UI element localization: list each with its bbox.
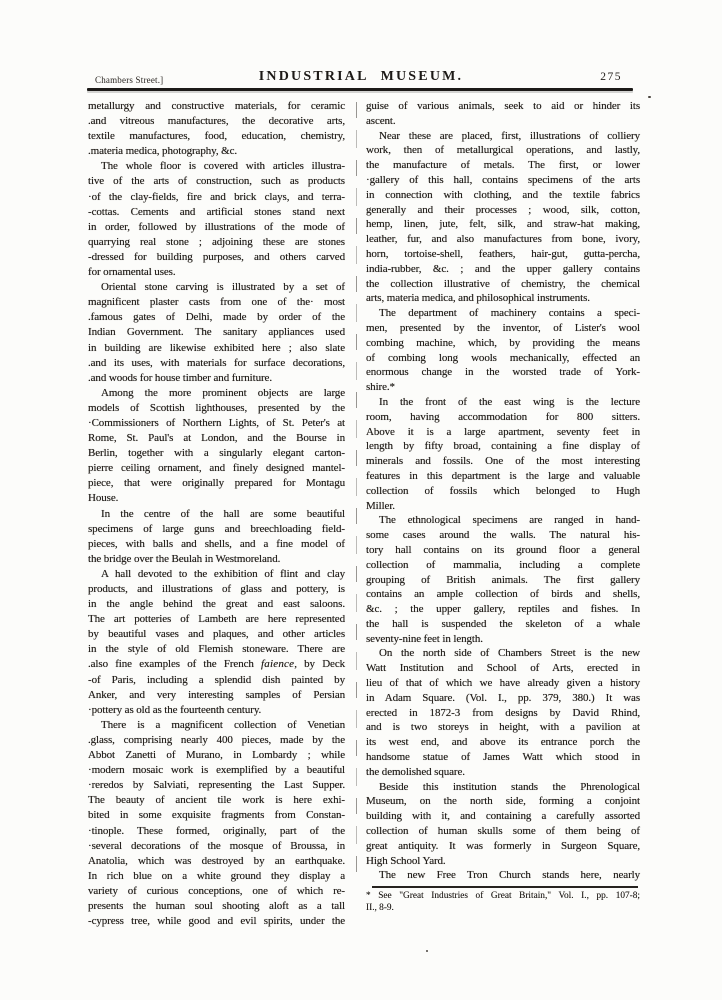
text-line: the demolished square.: [366, 765, 640, 780]
text-line: ascent.: [366, 114, 640, 129]
text-line: the collection illustrative of chemistry…: [366, 277, 640, 292]
text-line: quarrying real stone ; adjoining these a…: [88, 235, 345, 250]
text-line: Beside this institution stands the Phren…: [366, 780, 640, 795]
text-line: &c. ; the upper gallery, reptiles and fi…: [366, 602, 640, 617]
text-line: ·reredos by Salviati, representing the L…: [88, 778, 345, 793]
text-line: men, presented by the inventor, of Liste…: [366, 321, 640, 336]
text-line: in the style of old Flemish stoneware. T…: [88, 642, 345, 657]
text-line: products, and illustrations of glass and…: [88, 582, 345, 597]
text-line: horn, tortoise-shell, feathers, hair-gut…: [366, 247, 640, 262]
text-line: II., 8-9.: [366, 903, 640, 915]
text-line: In the centre of the hall are some beaut…: [88, 507, 345, 522]
column-left: metallurgy and constructive materials, f…: [88, 99, 345, 929]
text-line: .materia medica, photography, &c.: [88, 144, 345, 159]
text-line: High School Yard.: [366, 854, 640, 869]
text-line: enormous change in the worsted trade of …: [366, 365, 640, 380]
text-line: by beautiful vases and plaques, and othe…: [88, 627, 345, 642]
text-line: room, having accommodation for 800 sitte…: [366, 410, 640, 425]
text-line: The whole floor is covered with articles…: [88, 159, 345, 174]
text-line: collection of fossils which belonged to …: [366, 484, 640, 499]
text-line: ·Commissioners of Northern Lights, of St…: [88, 416, 345, 431]
text-line: in order, followed by illustrations of t…: [88, 220, 345, 235]
text-line: handsome statue of James Watt which stoo…: [366, 750, 640, 765]
text-line: Among the more prominent objects are lar…: [88, 386, 345, 401]
text-line: presents the human soul shooting aloft a…: [88, 899, 345, 914]
text-line: grouping of British animals. The first g…: [366, 573, 640, 588]
text-line: Berlin, together with a singularly elega…: [88, 446, 345, 461]
text-line: .and vitreous manufactures, the decorati…: [88, 114, 345, 129]
text-line: the hall is suspended the skeleton of a …: [366, 617, 640, 632]
text-line: its west end, and above its entrance por…: [366, 735, 640, 750]
text-line: pierre ceiling ornament, and finely desi…: [88, 461, 345, 476]
text-line: of combing long wools mechanically, effe…: [366, 351, 640, 366]
text-line: building with it, and containing a caref…: [366, 809, 640, 824]
text-line: textile manufactures, food, education, c…: [88, 129, 345, 144]
text-line: piece, that were originally prepared for…: [88, 476, 345, 491]
text-line: In rich blue on a white ground they disp…: [88, 869, 345, 884]
text-line: In the front of the east wing is the lec…: [366, 395, 640, 410]
text-line: shire.*: [366, 380, 640, 395]
text-line: in the angle behind the great and east s…: [88, 597, 345, 612]
text-line: .also fine examples of the French faienc…: [88, 657, 345, 672]
text-line: the bridge over the Beulah in Westmorela…: [88, 552, 345, 567]
text-line: .glass, comprising nearly 400 pieces, ma…: [88, 733, 345, 748]
text-line: combing machine, which, by providing the…: [366, 336, 640, 351]
text-line: in connection with clothing, and the tex…: [366, 188, 640, 203]
text-line: A hall devoted to the exhibition of flin…: [88, 567, 345, 582]
text-line: House.: [88, 491, 345, 506]
text-line: length by fifty broad, containing a fine…: [366, 439, 640, 454]
text-line: The ethnological specimens are ranged in…: [366, 513, 640, 528]
column-divider: [356, 102, 357, 882]
text-line: hemp, linen, jute, felt, silk, and straw…: [366, 217, 640, 232]
running-head: Chambers Street.]: [95, 75, 163, 85]
text-line: Abbot Zanetti of Murano, in Lombardy ; w…: [88, 748, 345, 763]
text-line: collection of human skulls some of them …: [366, 824, 640, 839]
header-rule: [87, 88, 633, 91]
text-line: .famous gates of Delhi, made by order of…: [88, 310, 345, 325]
text-line: .and its uses, with materials for surfac…: [88, 356, 345, 371]
text-line: -cypress tree, while good and evil spiri…: [88, 914, 345, 929]
text-line: generally and their processes ; wood, si…: [366, 203, 640, 218]
text-line: Indian Government. The sanitary applianc…: [88, 325, 345, 340]
text-line: and is two storeys in height, with a pav…: [366, 720, 640, 735]
text-line: bited in some exquisite fragments from C…: [88, 808, 345, 823]
text-line: -of Paris, including a splendid dish pai…: [88, 673, 345, 688]
scan-artifact-dot: [426, 950, 428, 952]
text-line: The new Free Tron Church stands here, ne…: [366, 868, 640, 883]
text-line: On the north side of Chambers Street is …: [366, 646, 640, 661]
text-line: ·of the clay-fields, fire and brick clay…: [88, 190, 345, 205]
text-line: Above it is a large apartment, seventy f…: [366, 425, 640, 440]
text-line: Museum, on the north side, forming a con…: [366, 794, 640, 809]
text-line: variety of curious conceptions, one of w…: [88, 884, 345, 899]
text-line: erected in 1872-3 from designs by David …: [366, 706, 640, 721]
text-line: ·modern mosaic work is exemplified by a …: [88, 763, 345, 778]
text-line: india-rubber, &c. ; and the upper galler…: [366, 262, 640, 277]
text-line: Anker, and very interesting samples of P…: [88, 688, 345, 703]
text-line: ·tinople. These formed, originally, part…: [88, 824, 345, 839]
text-line: minerals and fossils. One of the most in…: [366, 454, 640, 469]
text-line: some cases around the walls. The natural…: [366, 528, 640, 543]
text-line: work, then of metallurgical operations, …: [366, 143, 640, 158]
text-line: arts, materia medica, and philosophical …: [366, 291, 640, 306]
text-line: The department of machinery contains a s…: [366, 306, 640, 321]
text-line: great antiquity. It was formerly in Surg…: [366, 839, 640, 854]
text-line: Anatolia, which was destroyed by an eart…: [88, 854, 345, 869]
text-line: Miller.: [366, 499, 640, 514]
page-title: INDUSTRIAL MUSEUM.: [259, 69, 464, 85]
text-line: Rome, St. Paul's at London, and the Bour…: [88, 431, 345, 446]
text-line: metallurgy and constructive materials, f…: [88, 99, 345, 114]
text-line: ·pottery as old as the fourteenth centur…: [88, 703, 345, 718]
text-line: lieu of that of which we have already gi…: [366, 676, 640, 691]
text-line: guise of various animals, seek to aid or…: [366, 99, 640, 114]
text-line: leather, fur, and also manufactures from…: [366, 232, 640, 247]
text-line: -dressed for building purposes, and othe…: [88, 250, 345, 265]
footnote-rule: [372, 886, 638, 888]
text-line: pieces, with balls and shells, and a fin…: [88, 537, 345, 552]
text-line: Oriental stone carving is illustrated by…: [88, 280, 345, 295]
text-line: The beauty of ancient tile work is here …: [88, 793, 345, 808]
scan-artifact-dot: [648, 96, 651, 98]
text-line: features in this department is the large…: [366, 469, 640, 484]
text-line: models of Scottish lighthouses, presente…: [88, 401, 345, 416]
footnote: * See "Great Industries of Great Britain…: [366, 891, 640, 914]
text-line: the manufacture of metals. The first, or…: [366, 158, 640, 173]
text-line: -cottas. Cements and artificial stones s…: [88, 205, 345, 220]
text-line: in Adam Square. (Vol. I., pp. 379, 380.)…: [366, 691, 640, 706]
text-line: contains an ample collection of birds an…: [366, 587, 640, 602]
text-line: ·gallery of this hall, contains specimen…: [366, 173, 640, 188]
text-line: specimens of large guns and breechloadin…: [88, 522, 345, 537]
column-right: guise of various animals, seek to aid or…: [366, 99, 640, 883]
book-page: Chambers Street.] INDUSTRIAL MUSEUM. 275…: [0, 0, 722, 1000]
text-line: .and woods for house timber and furnitur…: [88, 371, 345, 386]
text-line: Watt Institution and School of Arts, ere…: [366, 661, 640, 676]
text-line: for ornamental uses.: [88, 265, 345, 280]
page-number: 275: [600, 71, 622, 83]
text-line: * See "Great Industries of Great Britain…: [366, 891, 640, 903]
text-line: Near these are placed, first, illustrati…: [366, 129, 640, 144]
text-line: The art potteries of Lambeth are here re…: [88, 612, 345, 627]
text-line: seventy-nine feet in length.: [366, 632, 640, 647]
text-line: There is a magnificent collection of Ven…: [88, 718, 345, 733]
text-line: tory hall contains on its ground floor a…: [366, 543, 640, 558]
text-line: magnificent plaster casts from one of th…: [88, 295, 345, 310]
text-line: tive of the arts of construction, such a…: [88, 174, 345, 189]
text-line: ·several decorations of the mosque of Br…: [88, 839, 345, 854]
text-line: in building are likewise exhibited here …: [88, 341, 345, 356]
text-line: collection of mammalia, including a comp…: [366, 558, 640, 573]
